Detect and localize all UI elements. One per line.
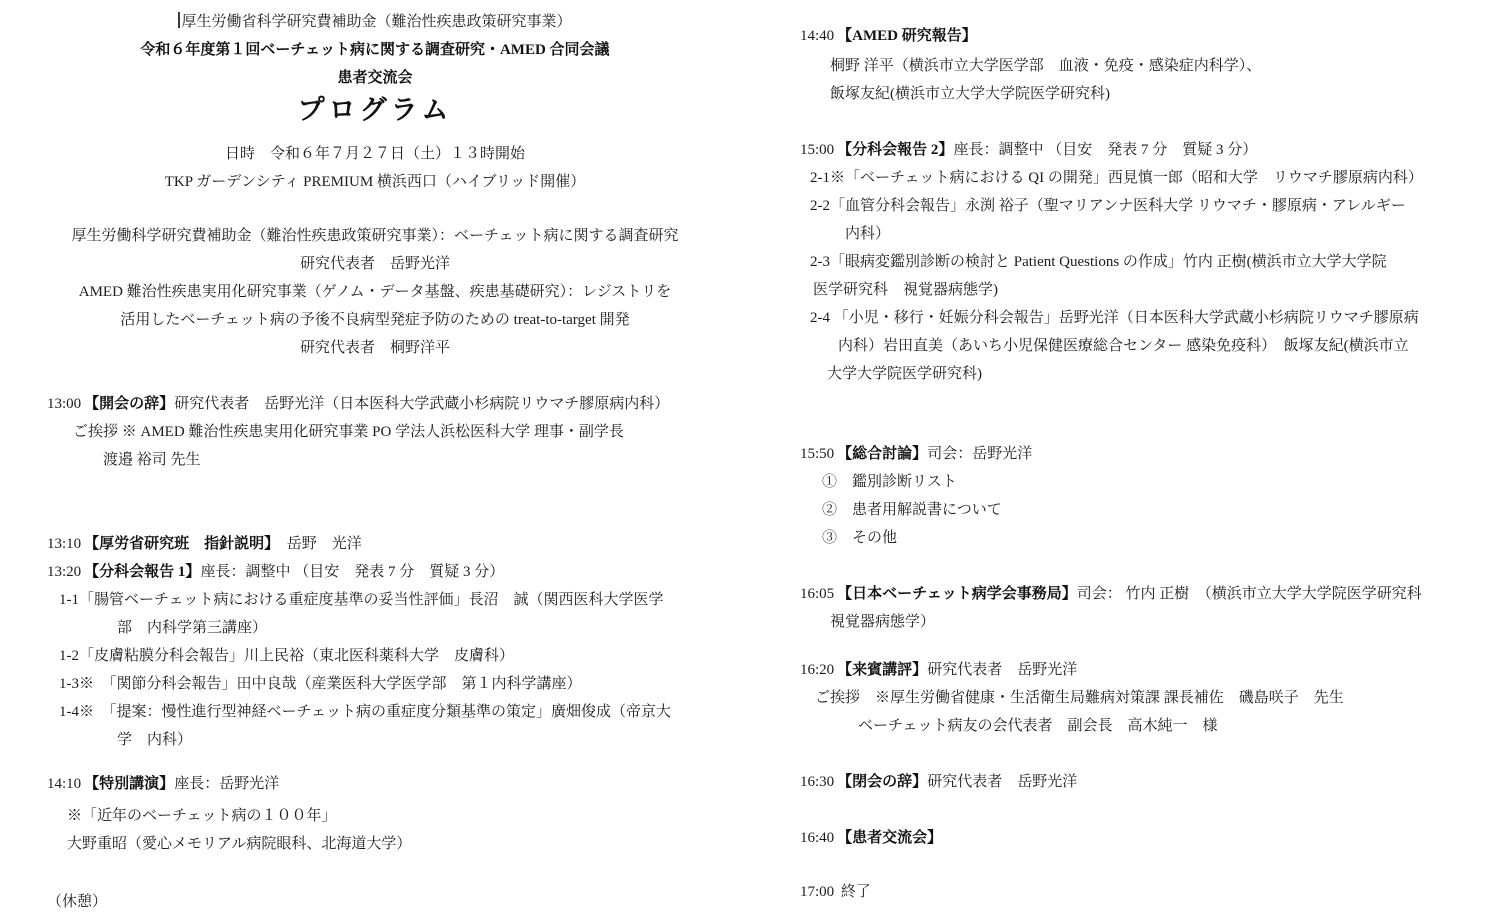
time-label: 15:00 xyxy=(800,142,834,158)
text-run: 座長：調整中 （目安 発表 7 分 質疑 3 分） xyxy=(953,142,1257,158)
program-line: 大学大学院医学研究科) xyxy=(790,360,1490,388)
program-line: 2-1※「ベーチェット病における QI の開発」西見慎一郎（昭和大学 リウマチ膠… xyxy=(790,164,1490,192)
section-title: 【総合討論】 xyxy=(837,446,927,462)
program-line: 視覚器病態学） xyxy=(790,608,1490,636)
text-run: 渡邉 裕司 先生 xyxy=(103,452,201,468)
program-line: 1-4※ 「提案：慢性進行型神経ベーチェット病の重症度分類基準の策定」廣畑俊成（… xyxy=(40,698,710,726)
program-line: 内科） xyxy=(790,220,1490,248)
text-run: 研究代表者 桐野洋平 xyxy=(300,340,450,356)
text-run: 司会： 竹内 正樹 （横浜市立大学大学院医学研究科 xyxy=(1077,586,1422,602)
program-line: TKP ガーデンシティ PREMIUM 横浜西口（ハイブリッド開催） xyxy=(40,168,710,196)
program-line: ご挨拶 ※ AMED 難治性疾患実用化研究事業 PO 学法人浜松医科大学 理事・… xyxy=(40,418,710,446)
text-run: 1-1「腸管ベーチェット病における重症度基準の妥当性評価」長沼 誠（関西医科大学… xyxy=(59,592,664,608)
time-label: 14:10 xyxy=(47,776,81,792)
program-line: （休憩） xyxy=(40,888,710,916)
section-title: 【日本ベーチェット病学会事務局】 xyxy=(837,586,1077,602)
text-run: 学 内科） xyxy=(117,732,192,748)
text-run: ※「近年のベーチェット病の１００年」 xyxy=(67,808,337,824)
section-title: 【閉会の辞】 xyxy=(837,774,927,790)
text-run: 日時 令和６年７月２７日（土）１３時開始 xyxy=(225,146,525,162)
program-line: 17:00 終了 xyxy=(790,878,1490,906)
time-label: 13:00 xyxy=(47,396,81,412)
program-line: 1-2「皮膚粘膜分科会報告」川上民裕（東北医科薬科大学 皮膚科） xyxy=(40,642,710,670)
text-run: 研究代表者 岳野光洋 xyxy=(927,774,1077,790)
text-run: 終了 xyxy=(837,884,871,900)
program-line: 飯塚友紀(横浜市立大学大学院医学研究科) xyxy=(790,80,1490,108)
text-run: ② 患者用解説書について xyxy=(822,502,1002,518)
text-run: ベーチェット病友の会代表者 副会長 高木純一 様 xyxy=(858,718,1218,734)
program-line: 研究代表者 岳野光洋 xyxy=(40,250,710,278)
text-run: 1-2「皮膚粘膜分科会報告」川上民裕（東北医科薬科大学 皮膚科） xyxy=(59,648,514,664)
text-run: 内科）岩田直美（あいち小児保健医療総合センター 感染免疫科） 飯塚友紀(横浜市立 xyxy=(838,338,1409,354)
program-line: 1-3※ 「関節分科会報告」田中良哉（産業医科大学医学部 第１内科学講座） xyxy=(40,670,710,698)
text-run: ご挨拶 ※厚生労働省健康・生活衛生局難病対策課 課長補佐 磯島咲子 先生 xyxy=(815,690,1344,706)
text-run: （休憩） xyxy=(47,894,107,910)
program-line: 部 内科学第三講座） xyxy=(40,614,710,642)
program-line: 16:40【患者交流会】 xyxy=(790,824,1490,852)
text-run: 岳野 光洋 xyxy=(272,536,362,552)
text-run: 2-2「血管分科会報告」永渕 裕子（聖マリアンナ医科大学 リウマチ・膠原病・アレ… xyxy=(810,198,1406,214)
program-line: 活用したベーチェット病の予後不良病型発症予防のための treat-to-targ… xyxy=(40,306,710,334)
program-line: ベーチェット病友の会代表者 副会長 高木純一 様 xyxy=(790,712,1490,740)
text-run: 研究代表者 岳野光洋（日本医科大学武蔵小杉病院リウマチ膠原病内科） xyxy=(174,396,669,412)
text-run: 内科） xyxy=(845,226,890,242)
program-line: ※「近年のベーチェット病の１００年」 xyxy=(40,802,710,830)
text-run: 司会：岳野光洋 xyxy=(927,446,1032,462)
section-title: 【AMED 研究報告】 xyxy=(837,28,977,44)
section-title: 令和６年度第１回ベーチェット病に関する調査研究・AMED 合同会議 xyxy=(140,42,609,58)
time-label: 13:10 xyxy=(47,536,81,552)
program-line: プログラム xyxy=(40,92,710,128)
text-run: ③ その他 xyxy=(822,530,897,546)
program-line: 日時 令和６年７月２７日（土）１３時開始 xyxy=(40,140,710,168)
program-line: 2-3「眼病変鑑別診断の検討と Patient Questions の作成」竹内… xyxy=(790,248,1490,276)
text-run: 研究代表者 岳野光洋 xyxy=(300,256,450,272)
text-run: 2-3「眼病変鑑別診断の検討と Patient Questions の作成」竹内… xyxy=(810,254,1387,270)
document-title: プログラム xyxy=(298,95,453,125)
program-line: AMED 難治性疾患実用化研究事業（ゲノム・データ基盤、疾患基礎研究）：レジスト… xyxy=(40,278,710,306)
program-line: 厚生労働科学研究費補助金（難治性疾患政策研究事業）：ベーチェット病に関する調査研… xyxy=(40,222,710,250)
program-line: 15:00【分科会報告 2】座長：調整中 （目安 発表 7 分 質疑 3 分） xyxy=(790,136,1490,164)
section-title: 【患者交流会】 xyxy=(837,830,942,846)
time-label: 14:40 xyxy=(800,28,834,44)
program-line: ① 鑑別診断リスト xyxy=(790,468,1490,496)
section-title: 【開会の辞】 xyxy=(84,396,174,412)
text-run: 座長：岳野光洋 xyxy=(174,776,279,792)
text-run: 飯塚友紀(横浜市立大学大学院医学研究科) xyxy=(830,86,1110,102)
section-title: 【特別講演】 xyxy=(84,776,174,792)
program-line: ② 患者用解説書について xyxy=(790,496,1490,524)
time-label: 16:20 xyxy=(800,662,834,678)
program-line: ご挨拶 ※厚生労働省健康・生活衛生局難病対策課 課長補佐 磯島咲子 先生 xyxy=(790,684,1490,712)
time-label: 15:50 xyxy=(800,446,834,462)
program-line: 15:50【総合討論】司会：岳野光洋 xyxy=(790,440,1490,468)
text-run: 研究代表者 岳野光洋 xyxy=(927,662,1077,678)
text-run: TKP ガーデンシティ PREMIUM 横浜西口（ハイブリッド開催） xyxy=(165,174,586,190)
text-run: 桐野 洋平（横浜市立大学医学部 血液・免疫・感染症内科学）、 xyxy=(830,58,1261,74)
text-run: 厚生労働省科学研究費補助金（難治性疾患政策研究事業） xyxy=(181,14,571,30)
program-line: ③ その他 xyxy=(790,524,1490,552)
program-line: 桐野 洋平（横浜市立大学医学部 血液・免疫・感染症内科学）、 xyxy=(790,52,1490,80)
program-line: 1-1「腸管ベーチェット病における重症度基準の妥当性評価」長沼 誠（関西医科大学… xyxy=(40,586,710,614)
text-run: 座長：調整中 （目安 発表 7 分 質疑 3 分） xyxy=(200,564,504,580)
left-column: 厚生労働省科学研究費補助金（難治性疾患政策研究事業）令和６年度第１回ベーチェット… xyxy=(40,8,710,916)
time-label: 16:40 xyxy=(800,830,834,846)
text-run: 部 内科学第三講座） xyxy=(117,620,267,636)
program-line: 医学研究科 視覚器病態学) xyxy=(790,276,1490,304)
program-line: 内科）岩田直美（あいち小児保健医療総合センター 感染免疫科） 飯塚友紀(横浜市立 xyxy=(790,332,1490,360)
text-run: 1-4※ 「提案：慢性進行型神経ベーチェット病の重症度分類基準の策定」廣畑俊成（… xyxy=(59,704,671,720)
time-label: 17:00 xyxy=(800,884,834,900)
section-title: 【分科会報告 2】 xyxy=(837,142,953,158)
text-run: 大野重昭（愛心メモリアル病院眼科、北海道大学） xyxy=(67,836,411,852)
text-run: AMED 難治性疾患実用化研究事業（ゲノム・データ基盤、疾患基礎研究）：レジスト… xyxy=(79,284,672,300)
program-line: 16:30【閉会の辞】研究代表者 岳野光洋 xyxy=(790,768,1490,796)
text-run: 2-1※「ベーチェット病における QI の開発」西見慎一郎（昭和大学 リウマチ膠… xyxy=(810,170,1423,186)
time-label: 13:20 xyxy=(47,564,81,580)
text-run: 2-4 「小児・移行・妊娠分科会報告」岳野光洋（日本医科大学武蔵小杉病院リウマチ… xyxy=(810,310,1419,326)
program-line: 16:05【日本ベーチェット病学会事務局】司会： 竹内 正樹 （横浜市立大学大学… xyxy=(790,580,1490,608)
program-line: 渡邉 裕司 先生 xyxy=(40,446,710,474)
text-run: 1-3※ 「関節分科会報告」田中良哉（産業医科大学医学部 第１内科学講座） xyxy=(59,676,582,692)
text-run: 厚生労働科学研究費補助金（難治性疾患政策研究事業）：ベーチェット病に関する調査研… xyxy=(71,228,678,244)
program-line: 患者交流会 xyxy=(40,64,710,92)
section-title: 【来賓講評】 xyxy=(837,662,927,678)
section-title: 【厚労省研究班 指針説明】 xyxy=(84,536,272,552)
text-run: ご挨拶 ※ AMED 難治性疾患実用化研究事業 PO 学法人浜松医科大学 理事・… xyxy=(73,424,624,440)
program-line: 学 内科） xyxy=(40,726,710,754)
program-line: 16:20【来賓講評】研究代表者 岳野光洋 xyxy=(790,656,1490,684)
text-run: 視覚器病態学） xyxy=(830,614,935,630)
section-title: 【分科会報告 1】 xyxy=(84,564,200,580)
section-title: 患者交流会 xyxy=(337,70,412,86)
program-line: 13:10【厚労省研究班 指針説明】 岳野 光洋 xyxy=(40,530,710,558)
time-label: 16:30 xyxy=(800,774,834,790)
time-label: 16:05 xyxy=(800,586,834,602)
text-run: 大学大学院医学研究科) xyxy=(827,366,982,382)
text-run: 活用したベーチェット病の予後不良病型発症予防のための treat-to-targ… xyxy=(120,312,629,328)
text-run: 医学研究科 視覚器病態学) xyxy=(813,282,998,298)
program-line: 研究代表者 桐野洋平 xyxy=(40,334,710,362)
program-line: 大野重昭（愛心メモリアル病院眼科、北海道大学） xyxy=(40,830,710,858)
program-line: 14:40【AMED 研究報告】 xyxy=(790,22,1490,50)
program-line: 厚生労働省科学研究費補助金（難治性疾患政策研究事業） xyxy=(40,8,710,36)
program-line: 14:10【特別講演】座長：岳野光洋 xyxy=(40,770,710,798)
program-line: 13:00【開会の辞】研究代表者 岳野光洋（日本医科大学武蔵小杉病院リウマチ膠原… xyxy=(40,390,710,418)
right-column: 14:40【AMED 研究報告】桐野 洋平（横浜市立大学医学部 血液・免疫・感染… xyxy=(790,22,1490,906)
program-line: 13:20【分科会報告 1】座長：調整中 （目安 発表 7 分 質疑 3 分） xyxy=(40,558,710,586)
text-run: ① 鑑別診断リスト xyxy=(822,474,957,490)
program-document: 厚生労働省科学研究費補助金（難治性疾患政策研究事業）令和６年度第１回ベーチェット… xyxy=(0,0,1500,921)
program-line: 2-2「血管分科会報告」永渕 裕子（聖マリアンナ医科大学 リウマチ・膠原病・アレ… xyxy=(790,192,1490,220)
program-line: 令和６年度第１回ベーチェット病に関する調査研究・AMED 合同会議 xyxy=(40,36,710,64)
program-line: 2-4 「小児・移行・妊娠分科会報告」岳野光洋（日本医科大学武蔵小杉病院リウマチ… xyxy=(790,304,1490,332)
